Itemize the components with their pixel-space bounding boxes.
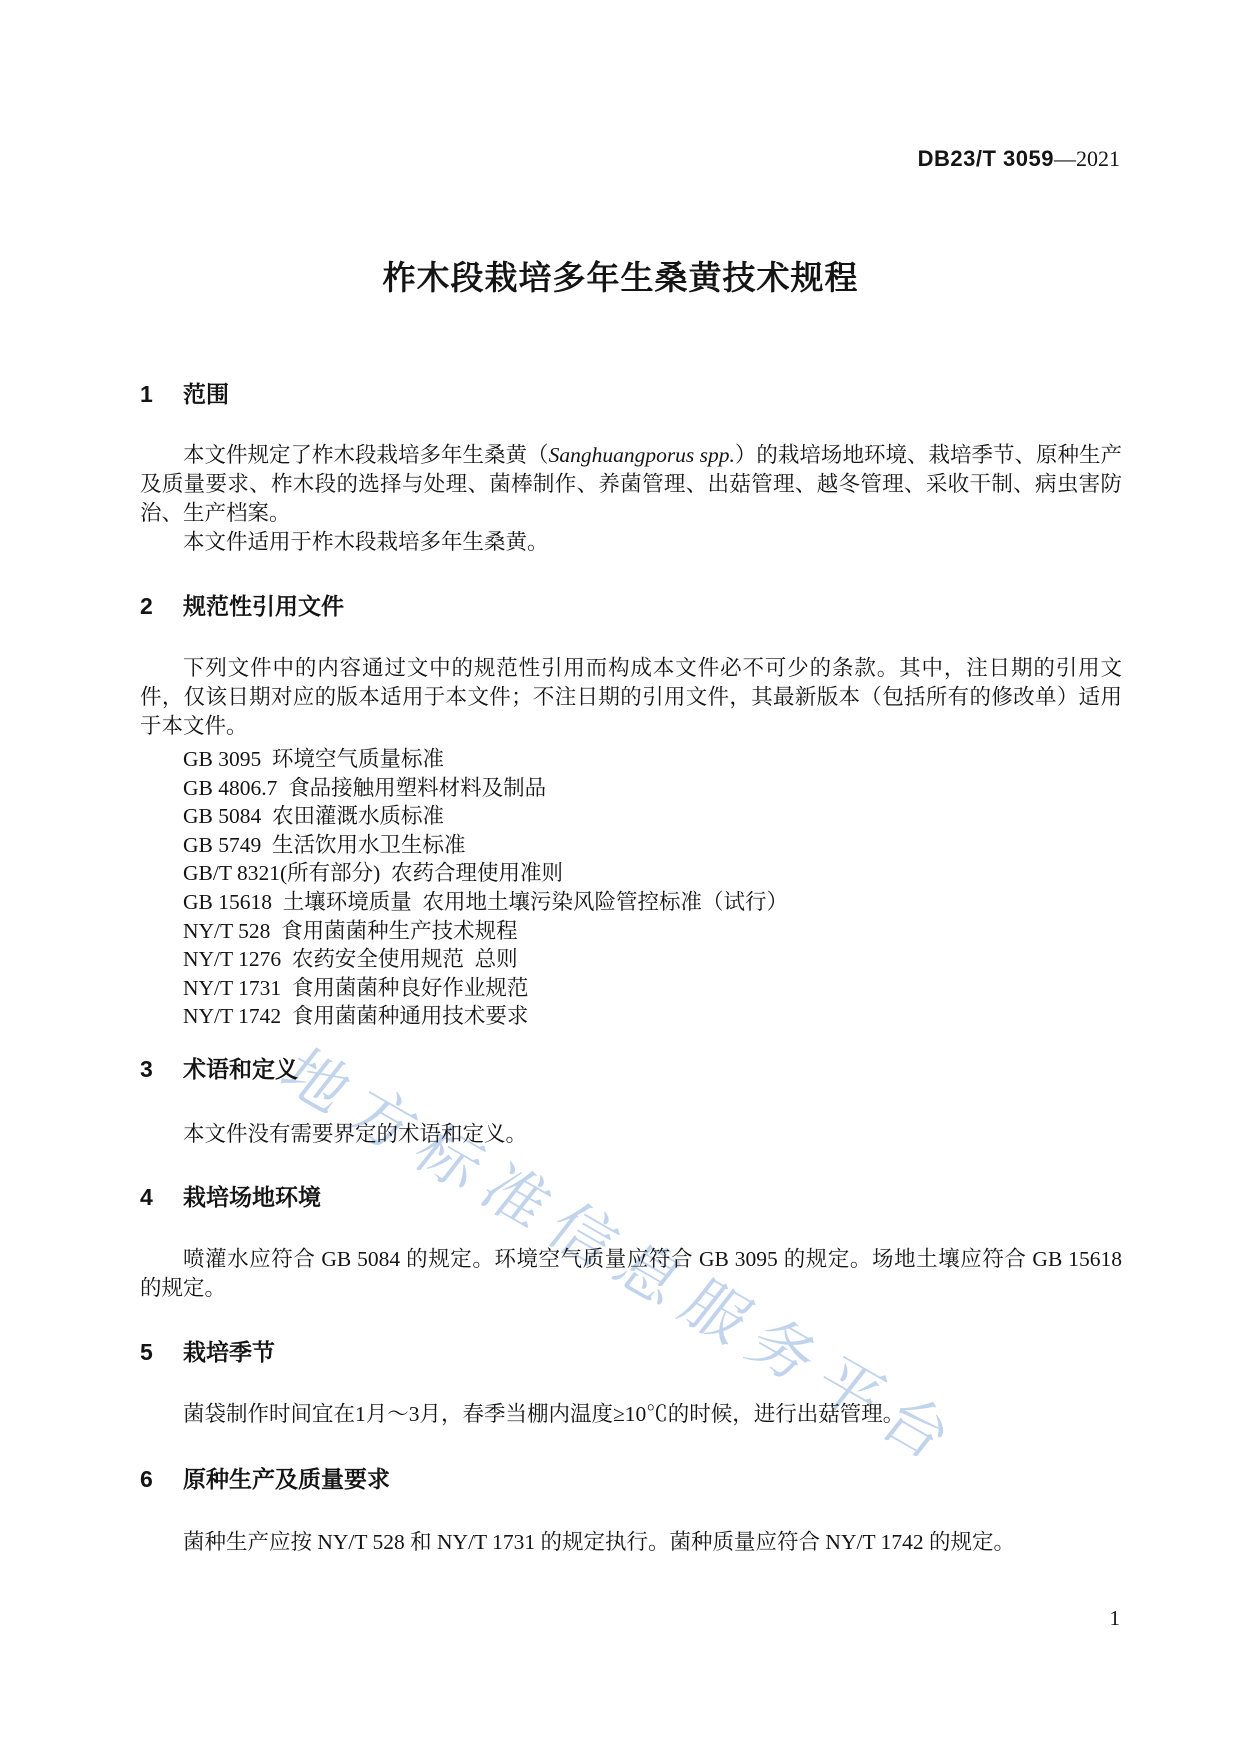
reference-item: GB 5084 农田灌溉水质标准: [140, 802, 1122, 831]
standard-code-main: DB23/T 3059: [918, 146, 1054, 171]
normative-references-list: GB 3095 环境空气质量标准 GB 4806.7 食品接触用塑料材料及制品 …: [140, 745, 1122, 1031]
section-2-heading: 2 规范性引用文件: [140, 593, 344, 620]
section-2-number: 2: [140, 593, 183, 620]
reference-item: GB 15618 土壤环境质量 农用地土壤污染风险管控标准（试行）: [140, 888, 1122, 917]
section-5-title: 栽培季节: [183, 1339, 275, 1366]
standard-code: DB23/T 3059—2021: [918, 146, 1120, 172]
reference-item: GB 3095 环境空气质量标准: [140, 745, 1122, 774]
section-5-body-paragraph: 菌袋制作时间宜在1月～3月，春季当棚内温度≥10℃的时候，进行出菇管理。: [140, 1400, 1122, 1429]
species-latin-name: Sanghuangporus spp.: [549, 443, 735, 467]
section-6-heading: 6 原种生产及质量要求: [140, 1466, 390, 1493]
reference-item: NY/T 1731 食用菌菌种良好作业规范: [140, 974, 1122, 1003]
reference-item: GB 4806.7 食品接触用塑料材料及制品: [140, 774, 1122, 803]
section-6-number: 6: [140, 1466, 183, 1493]
section-1-number: 1: [140, 381, 183, 408]
section-3-body-paragraph: 本文件没有需要界定的术语和定义。: [140, 1120, 1122, 1149]
reference-item: GB 5749 生活饮用水卫生标准: [140, 831, 1122, 860]
section-1-scope-paragraph: 本文件规定了柞木段栽培多年生桑黄（Sanghuangporus spp.）的栽培…: [140, 441, 1122, 528]
reference-item: NY/T 1276 农药安全使用规范 总则: [140, 945, 1122, 974]
reference-item: NY/T 1742 食用菌菌种通用技术要求: [140, 1002, 1122, 1031]
document-title: 柞木段栽培多年生桑黄技术规程: [0, 258, 1241, 298]
section-4-number: 4: [140, 1184, 183, 1211]
section-1-applicability-paragraph: 本文件适用于柞木段栽培多年生桑黄。: [140, 528, 1122, 557]
section-6-body-paragraph: 菌种生产应按 NY/T 528 和 NY/T 1731 的规定执行。菌种质量应符…: [140, 1528, 1122, 1557]
section-2-intro-paragraph: 下列文件中的内容通过文中的规范性引用而构成本文件必不可少的条款。其中，注日期的引…: [140, 654, 1122, 741]
section-4-body-paragraph: 喷灌水应符合 GB 5084 的规定。环境空气质量应符合 GB 3095 的规定…: [140, 1245, 1122, 1303]
section-5-heading: 5 栽培季节: [140, 1339, 275, 1366]
section-2-title: 规范性引用文件: [183, 593, 344, 620]
standard-code-year: —2021: [1054, 146, 1120, 171]
section-3-number: 3: [140, 1056, 183, 1083]
standard-document-page: 地方标准信息服务平台 DB23/T 3059—2021 柞木段栽培多年生桑黄技术…: [0, 0, 1241, 1754]
section-4-title: 栽培场地环境: [183, 1184, 321, 1211]
section-6-title: 原种生产及质量要求: [183, 1466, 390, 1493]
section-1-heading: 1 范围: [140, 381, 229, 408]
section-4-heading: 4 栽培场地环境: [140, 1184, 321, 1211]
reference-item: GB/T 8321(所有部分) 农药合理使用准则: [140, 859, 1122, 888]
section-5-number: 5: [140, 1339, 183, 1366]
reference-item: NY/T 528 食用菌菌种生产技术规程: [140, 917, 1122, 946]
page-number: 1: [1110, 1606, 1121, 1631]
section-1-title: 范围: [183, 381, 229, 408]
section-3-heading: 3 术语和定义: [140, 1056, 298, 1083]
scope-text-pre: 本文件规定了柞木段栽培多年生桑黄（: [183, 443, 549, 467]
section-3-title: 术语和定义: [183, 1056, 298, 1083]
